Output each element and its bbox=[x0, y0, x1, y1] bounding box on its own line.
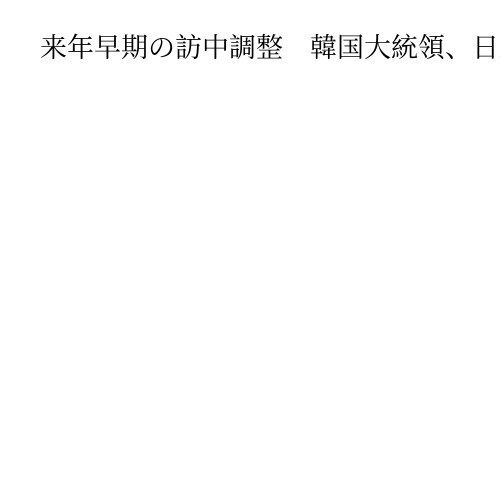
news-headline-text: 来年早期の訪中調整 韓国大統領、日米 bbox=[40, 32, 500, 64]
page-background: 来年早期の訪中調整 韓国大統領、日米 bbox=[0, 0, 500, 500]
